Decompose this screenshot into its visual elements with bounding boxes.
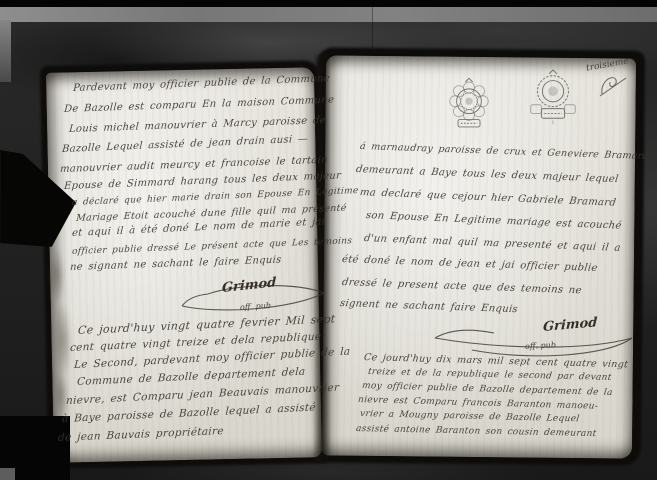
frame-bottom-gray-sliver (0, 468, 15, 480)
frame-top-gray-band (0, 7, 657, 22)
frame-top-black-strip (0, 0, 657, 7)
fiscal-stamp-icon (528, 68, 578, 130)
fiscal-stamp-icon (447, 76, 491, 136)
officer-signature-title: off. pub (525, 340, 556, 351)
paraph-flourish-icon (596, 72, 630, 102)
frame-left-gray-band (0, 20, 11, 82)
